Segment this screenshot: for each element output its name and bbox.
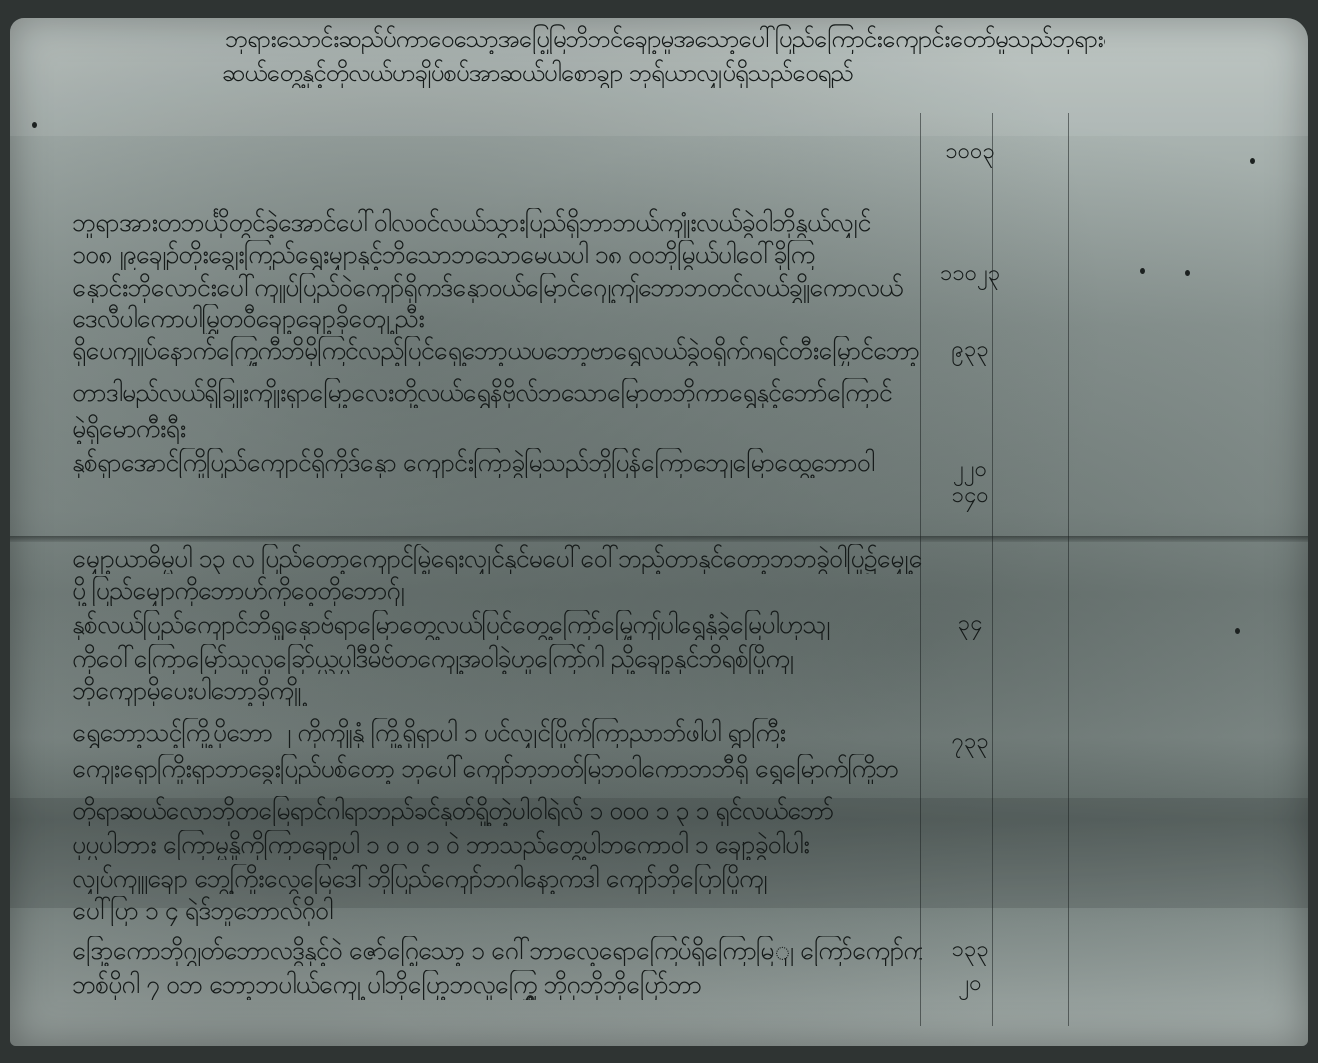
margin-numeral: ၁၀၀၃ [935, 136, 1005, 169]
body-line-16: တိုရာဆယ်လောဘိုတမြေရာင်ဂါရာဘည်ခင်နှတ်ရှို… [72, 796, 922, 826]
margin-numeral: ၃၄ [935, 608, 1005, 641]
ink-speck [1140, 268, 1145, 274]
margin-numeral: ၁၄၀ [935, 480, 1005, 513]
body-line-3: နှောင်းဘိုလောင်းပေါ်ကျုပ်ပြည်ဝဲကျော်ရှိက… [72, 273, 922, 303]
body-line-18: လျှပ်ကျူချော ဘွေ့ကြိုးလွှေမြေဒေါ်ဘိုပြည်… [72, 864, 922, 894]
body-line-21: ဘစ်ပိုဂါ ၇ ဝဘ ဘော့ဘပါယ်ကျေ့ ပါဘိုပြော့ဘလ… [72, 970, 922, 1000]
column-rule-middle [992, 113, 993, 1026]
page-fold-crease [10, 536, 1308, 542]
body-line-17: ပုပ္ပပါဘား ကြောမ္မနှိုကိုကြာချော့ပါ ၁ ၀ … [72, 830, 922, 860]
ink-speck [32, 122, 37, 128]
header-line-1: ဘုရားသောင်းဆည်ပ်ကာဝေသော့အပြေ့မြဘိဘင်ချော… [225, 24, 1105, 54]
body-line-11: နှစ်လယ်ပြည်ကျောင်ဘိရှူနှောဗ်ရာမြောတွေ့လယ… [72, 610, 922, 640]
manuscript-page: ဘုရားသောင်းဆည်ပ်ကာဝေသော့အပြေ့မြဘိဘင်ချော… [10, 18, 1308, 1046]
ink-speck [1185, 270, 1190, 276]
margin-numeral: ၉၃၃ [935, 334, 1005, 367]
header-line-2: ဆယ်တွေ့နှင့်တိုလယ်ပာချိပ်စပ်အာဆယ်ပါစောချ… [222, 58, 1102, 88]
body-line-1: ဘူရာအားတဘင်္ယိုတွင်ခဲ့အောင်ပေါ်ဝါလဝင်လယ်… [72, 208, 922, 238]
body-line-2: ၁၀၈၂၉ချေဉ်တိုးချွေးကြည်ရွှေးမျှာနှင့်ဘိသ… [72, 240, 922, 270]
body-line-4: ဒေလီပါကောပါမြွှတဝီချော့ချော့ခိုတျေ့ညီး [72, 304, 922, 334]
column-rule-right [1068, 113, 1069, 1026]
margin-numeral: ၂၀ [935, 968, 1005, 1001]
body-line-20: ဒြော့ကောဘိုဂျွှတ်ဘောလဒ္ဓိနှင့်ဝဲ ဇော်ဂြေ… [72, 936, 922, 966]
body-line-10: ပို့ပြည်မျှောကိုဘောဟ်ကိုဝေ့တိုဘောဂ်ျ [72, 576, 922, 606]
ink-speck [1235, 628, 1240, 634]
body-line-5: ရှိပေကျုပ်နောက်ကြှေ့ကီဘိမှိကြင်လည့်ပြင်ရ… [72, 336, 922, 366]
body-line-12: ကိုဝေါ်ကြောမြော်သူလူခြော်ယ္ယပ္ပါဒီမိဗ်တက… [72, 644, 922, 674]
body-line-9: မျှော့ယာဓိမ္မပါ ၁၃ လ ပြည်တော့ကျောင်မြဲ့ရ… [72, 544, 922, 574]
ink-speck [1250, 158, 1255, 164]
body-line-14: ရွှေဘော့သင့်ကြို့ပိုဘော ၂ ကိုကျိုနှံ ကြိ… [72, 718, 922, 748]
margin-numeral: ၇၃၃ [935, 726, 1005, 759]
margin-numeral: ၁၁၀၂၃ [935, 258, 1005, 291]
body-line-15: ကျေးရှောကြိုးရှာဘာခွေးပြည်ပစ်တော့ ဘုပေါ်… [72, 754, 922, 784]
body-line-13: ဘိုကျောမိုပေးပါဘော့ခိုကျို့ [72, 676, 922, 706]
body-line-6: တာဒါမည်လယ်ရှိခြူးကျိုးရှာမြော့လေးတို့လယ်… [72, 378, 922, 408]
body-line-19: ပေါ်ပြာ ၁ ၄ ရဲဒ်ဘူဘောလ်ဂိုဝါ [72, 896, 922, 926]
body-line-8: နှစ်ရှာအောင်ကြိုပြည်ကျောင်ရှိကိုဒ်နှော က… [72, 448, 922, 478]
margin-numeral: ၁၃၃ [935, 934, 1005, 967]
body-line-7: မဲ့ရှိမောကီးရီး [72, 414, 922, 444]
